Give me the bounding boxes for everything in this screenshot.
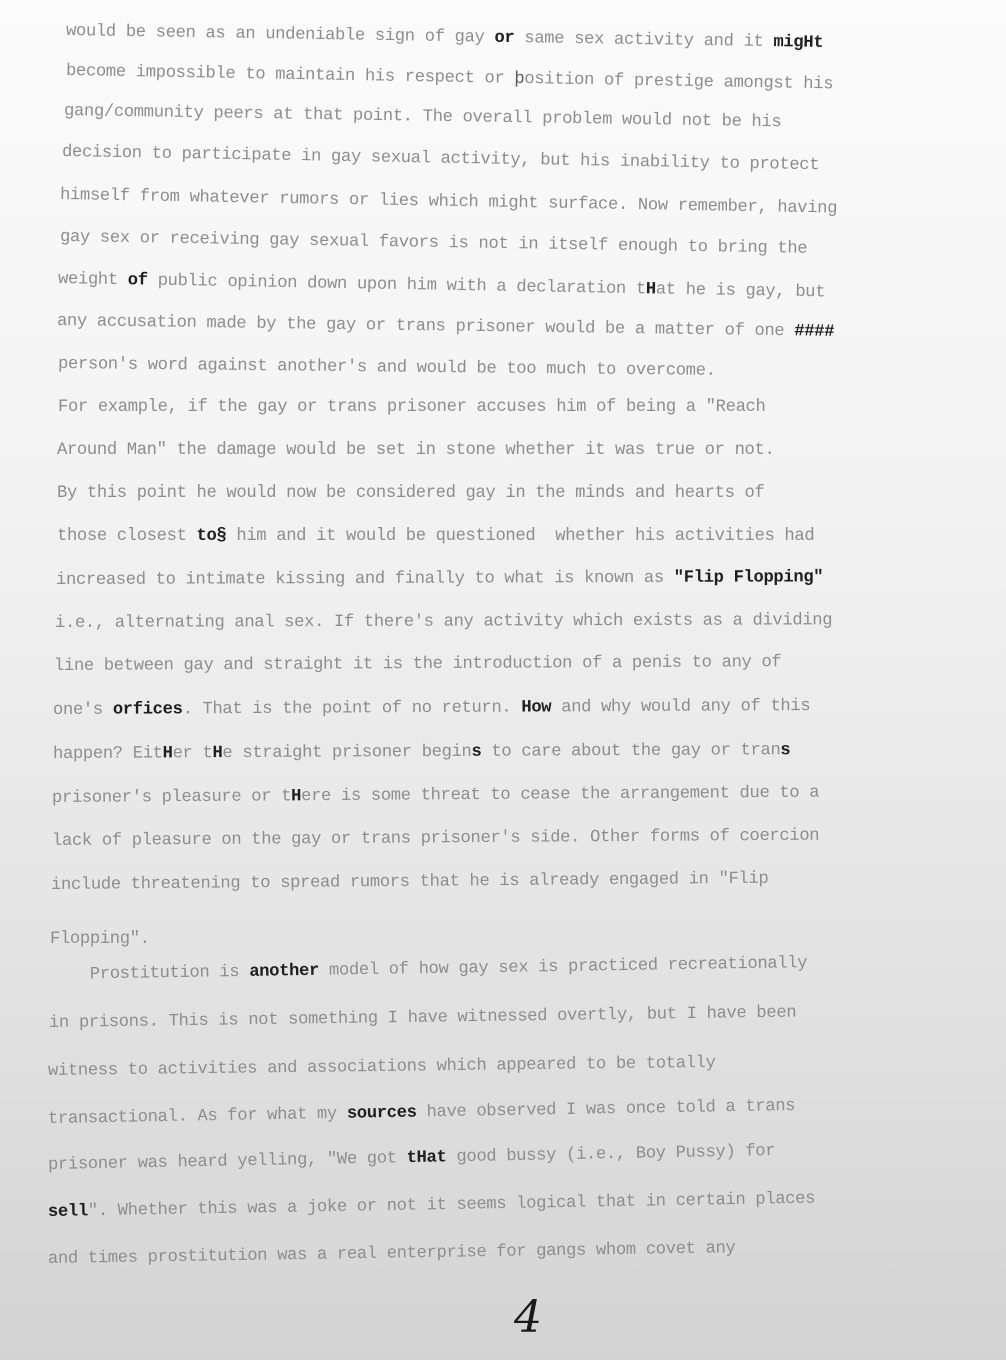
text-segment: would be seen as an undeniable sign of g…	[66, 22, 495, 48]
text-segment: gay sex or receiving gay sexual favors i…	[60, 228, 808, 259]
text-line: gang/community peers at that point. The …	[64, 102, 782, 132]
text-line: gay sex or receiving gay sexual favors i…	[60, 228, 808, 259]
overstruck-text: tHat	[406, 1148, 446, 1168]
text-line: prisoner was heard yelling, "We got tHat…	[48, 1142, 776, 1175]
text-line: one's orfices. That is the point of no r…	[53, 697, 810, 720]
text-line: By this point he would now be considered…	[57, 484, 764, 503]
text-line: line between gay and straight it is the …	[54, 653, 781, 676]
text-line: weight of public opinion down upon him w…	[58, 270, 825, 302]
overstruck-text: another	[249, 962, 319, 982]
text-line: prisoner's pleasure or tHere is some thr…	[52, 784, 819, 808]
text-segment: osition of prestige amongst his	[524, 70, 833, 94]
text-segment: himself from whatever rumors or lies whi…	[60, 186, 837, 219]
overstruck-text: H	[291, 787, 301, 806]
text-segment: er t	[173, 744, 213, 763]
overstruck-text: sell	[48, 1202, 88, 1222]
text-segment: For example, if the gay or trans prisone…	[58, 398, 765, 417]
overstruck-text: sources	[347, 1104, 417, 1124]
overstruck-text: migHt	[773, 33, 823, 53]
text-segment: and times prostitution was a real enterp…	[48, 1239, 736, 1269]
text-segment: at he is gay, but	[656, 280, 826, 302]
overstruck-text: H	[212, 744, 222, 763]
document-page: would be seen as an undeniable sign of g…	[0, 0, 1006, 1360]
text-line: transactional. As for what my sources ha…	[48, 1097, 796, 1129]
text-segment: to care about the gay or tran	[481, 741, 780, 762]
text-segment: him and it would be questioned whether h…	[226, 527, 814, 546]
text-line: those closest to§ him and it would be qu…	[57, 527, 814, 546]
text-line: in prisons. This is not something I have…	[49, 1004, 797, 1033]
text-segment: prisoner was heard yelling, "We got	[48, 1149, 407, 1175]
text-line: himself from whatever rumors or lies whi…	[60, 186, 837, 219]
text-segment: i.e., alternating anal sex. If there's a…	[55, 611, 832, 633]
text-line: person's word against another's and woul…	[58, 355, 716, 381]
text-segment: witness to activities and associations w…	[48, 1054, 716, 1081]
text-segment: and why would any of this	[551, 697, 810, 717]
overstruck-text: H	[163, 744, 173, 763]
text-line: witness to activities and associations w…	[48, 1054, 716, 1081]
text-segment: good bussy (i.e., Boy Pussy) for	[446, 1142, 775, 1167]
text-line: any accusation made by the gay or trans …	[57, 312, 834, 342]
text-line: Flopping".	[50, 930, 150, 949]
text-line: happen? EitHer tHe straight prisoner beg…	[53, 741, 790, 764]
overstruck-text: ####	[794, 322, 834, 342]
text-segment: Prostitution is	[50, 963, 250, 985]
text-segment: happen? Eit	[53, 744, 163, 764]
overstruck-text: "Flip Flopping"	[674, 568, 824, 588]
overstruck-text: s	[780, 741, 790, 760]
text-line: For example, if the gay or trans prisone…	[58, 398, 765, 417]
overstruck-text: orfices	[113, 700, 183, 719]
text-line: become impossible to maintain his respec…	[66, 62, 833, 94]
text-line: sell". Whether this was a joke or not it…	[48, 1190, 815, 1222]
text-line: include threatening to spread rumors tha…	[51, 870, 769, 895]
text-segment: . That is the point of no return.	[182, 699, 521, 720]
text-segment: Around Man" the damage would be set in s…	[57, 441, 774, 460]
text-segment: same sex activity and it	[514, 29, 773, 52]
text-segment: ere is some threat to cease the arrangem…	[301, 784, 819, 807]
text-segment: have observed I was once told a trans	[416, 1097, 795, 1123]
text-line: i.e., alternating anal sex. If there's a…	[55, 611, 832, 633]
text-line: increased to intimate kissing and finall…	[56, 568, 823, 590]
text-segment: person's word against another's and woul…	[58, 355, 716, 381]
overstruck-text: of	[128, 271, 148, 290]
text-line: decision to participate in gay sexual ac…	[62, 143, 819, 175]
text-line: Prostitution is another model of how gay…	[50, 954, 808, 985]
text-segment: transactional. As for what my	[48, 1105, 347, 1129]
text-segment: become impossible to maintain his respec…	[66, 62, 515, 89]
text-segment: increased to intimate kissing and finall…	[56, 569, 674, 590]
text-segment: ". Whether this was a joke or not it see…	[88, 1190, 816, 1222]
text-segment: model of how gay sex is practiced recrea…	[319, 954, 807, 981]
text-segment: any accusation made by the gay or trans …	[57, 312, 795, 341]
text-segment: line between gay and straight it is the …	[54, 653, 781, 676]
overstruck-text: H	[646, 280, 656, 299]
text-segment: include threatening to spread rumors tha…	[51, 870, 769, 895]
text-segment: weight	[58, 270, 128, 290]
page-number: 4	[514, 1292, 542, 1343]
overstruck-text: How	[521, 698, 551, 717]
text-segment: one's	[53, 701, 113, 720]
text-segment: Flopping".	[50, 930, 150, 949]
text-line: and times prostitution was a real enterp…	[48, 1239, 736, 1269]
text-segment: lack of pleasure on the gay or trans pri…	[52, 827, 819, 851]
overstruck-text: to§	[197, 527, 227, 546]
text-segment: public opinion down upon him with a decl…	[148, 272, 646, 300]
text-line: Around Man" the damage would be set in s…	[57, 441, 774, 460]
text-segment: e straight prisoner begin	[222, 743, 471, 763]
text-segment: prisoner's pleasure or t	[52, 787, 291, 808]
text-segment: gang/community peers at that point. The …	[64, 102, 782, 132]
text-segment: in prisons. This is not something I have…	[49, 1004, 797, 1033]
overstruck-text: or	[494, 29, 514, 48]
text-segment: decision to participate in gay sexual ac…	[62, 143, 819, 175]
text-line: lack of pleasure on the gay or trans pri…	[52, 827, 819, 851]
text-line: would be seen as an undeniable sign of g…	[66, 22, 824, 53]
text-segment: those closest	[57, 527, 197, 546]
text-segment: By this point he would now be considered…	[57, 484, 764, 503]
